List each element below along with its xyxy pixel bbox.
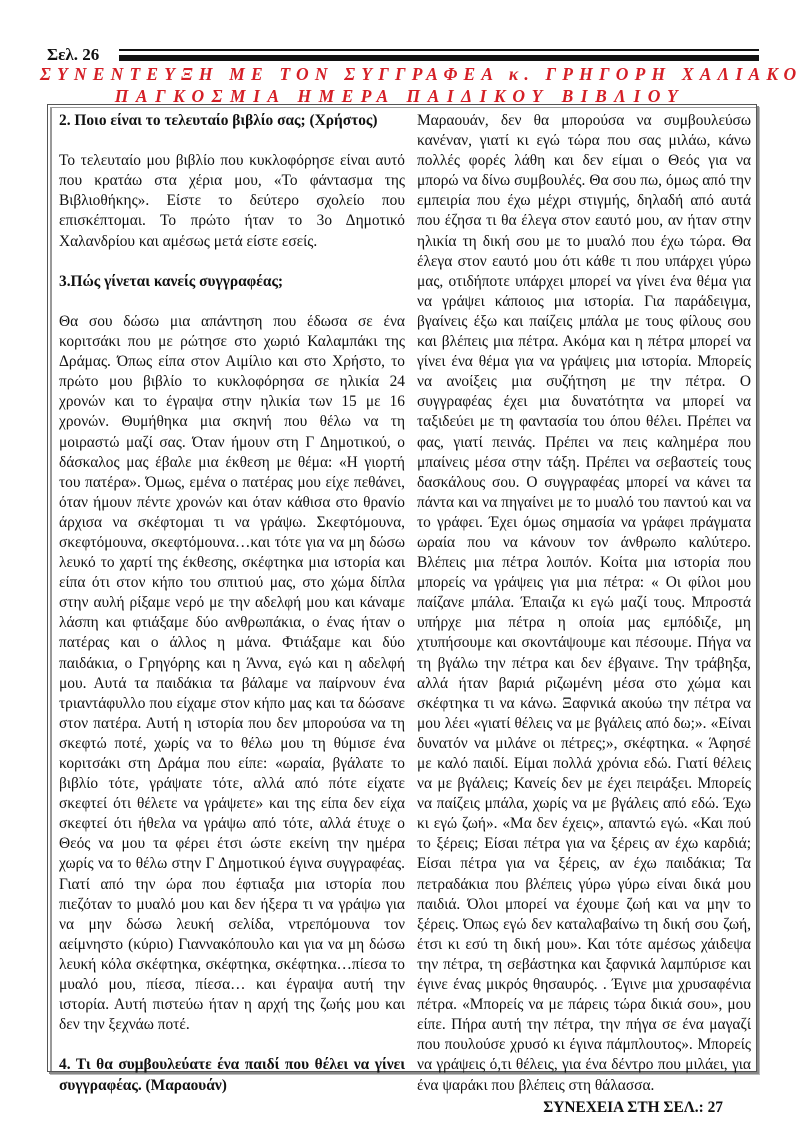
page-header: Σελ. 26	[47, 46, 759, 64]
spacer	[59, 131, 405, 151]
continued-on-page: ΣΥΝΕΧΕΙΑ ΣΤΗ ΣΕΛ.: 27	[417, 1098, 751, 1118]
answer-2: Το τελευταίο μου βιβλίο που κυκλοφόρησε …	[59, 151, 405, 251]
header-rule-thin	[119, 49, 759, 51]
article-frame: 2. Ποιο είναι το τελευταίο βιβλίο σας; (…	[47, 104, 757, 1072]
right-column: Μαραουάν, δεν θα μπορούσα να συμβουλεύσω…	[417, 111, 751, 1118]
header-rule	[119, 49, 759, 62]
question-2: 2. Ποιο είναι το τελευταίο βιβλίο σας; (…	[59, 111, 405, 131]
question-4: 4. Τι θα συμβουλεύατε ένα παιδί που θέλε…	[59, 1055, 405, 1095]
spacer	[59, 1035, 405, 1055]
answer-3: Θα σου δώσω μια απάντηση που έδωσα σε έν…	[59, 312, 405, 1035]
article-frame-inner: 2. Ποιο είναι το τελευταίο βιβλίο σας; (…	[50, 107, 756, 1071]
article-title: ΣΥΝΕΝΤΕΥΞΗ ΜΕ ΤΟΝ ΣΥΓΓΡΑΦΕΑ κ. ΓΡΗΓΟΡΗ Χ…	[40, 64, 760, 85]
left-column: 2. Ποιο είναι το τελευταίο βιβλίο σας; (…	[59, 111, 405, 1096]
question-3: 3.Πώς γίνεται κανείς συγγραφέας;	[59, 272, 405, 292]
header-rule-thick	[119, 55, 759, 61]
spacer	[59, 252, 405, 272]
page-number: Σελ. 26	[47, 46, 99, 64]
spacer	[59, 292, 405, 312]
answer-4: Μαραουάν, δεν θα μπορούσα να συμβουλεύσω…	[417, 111, 751, 1096]
